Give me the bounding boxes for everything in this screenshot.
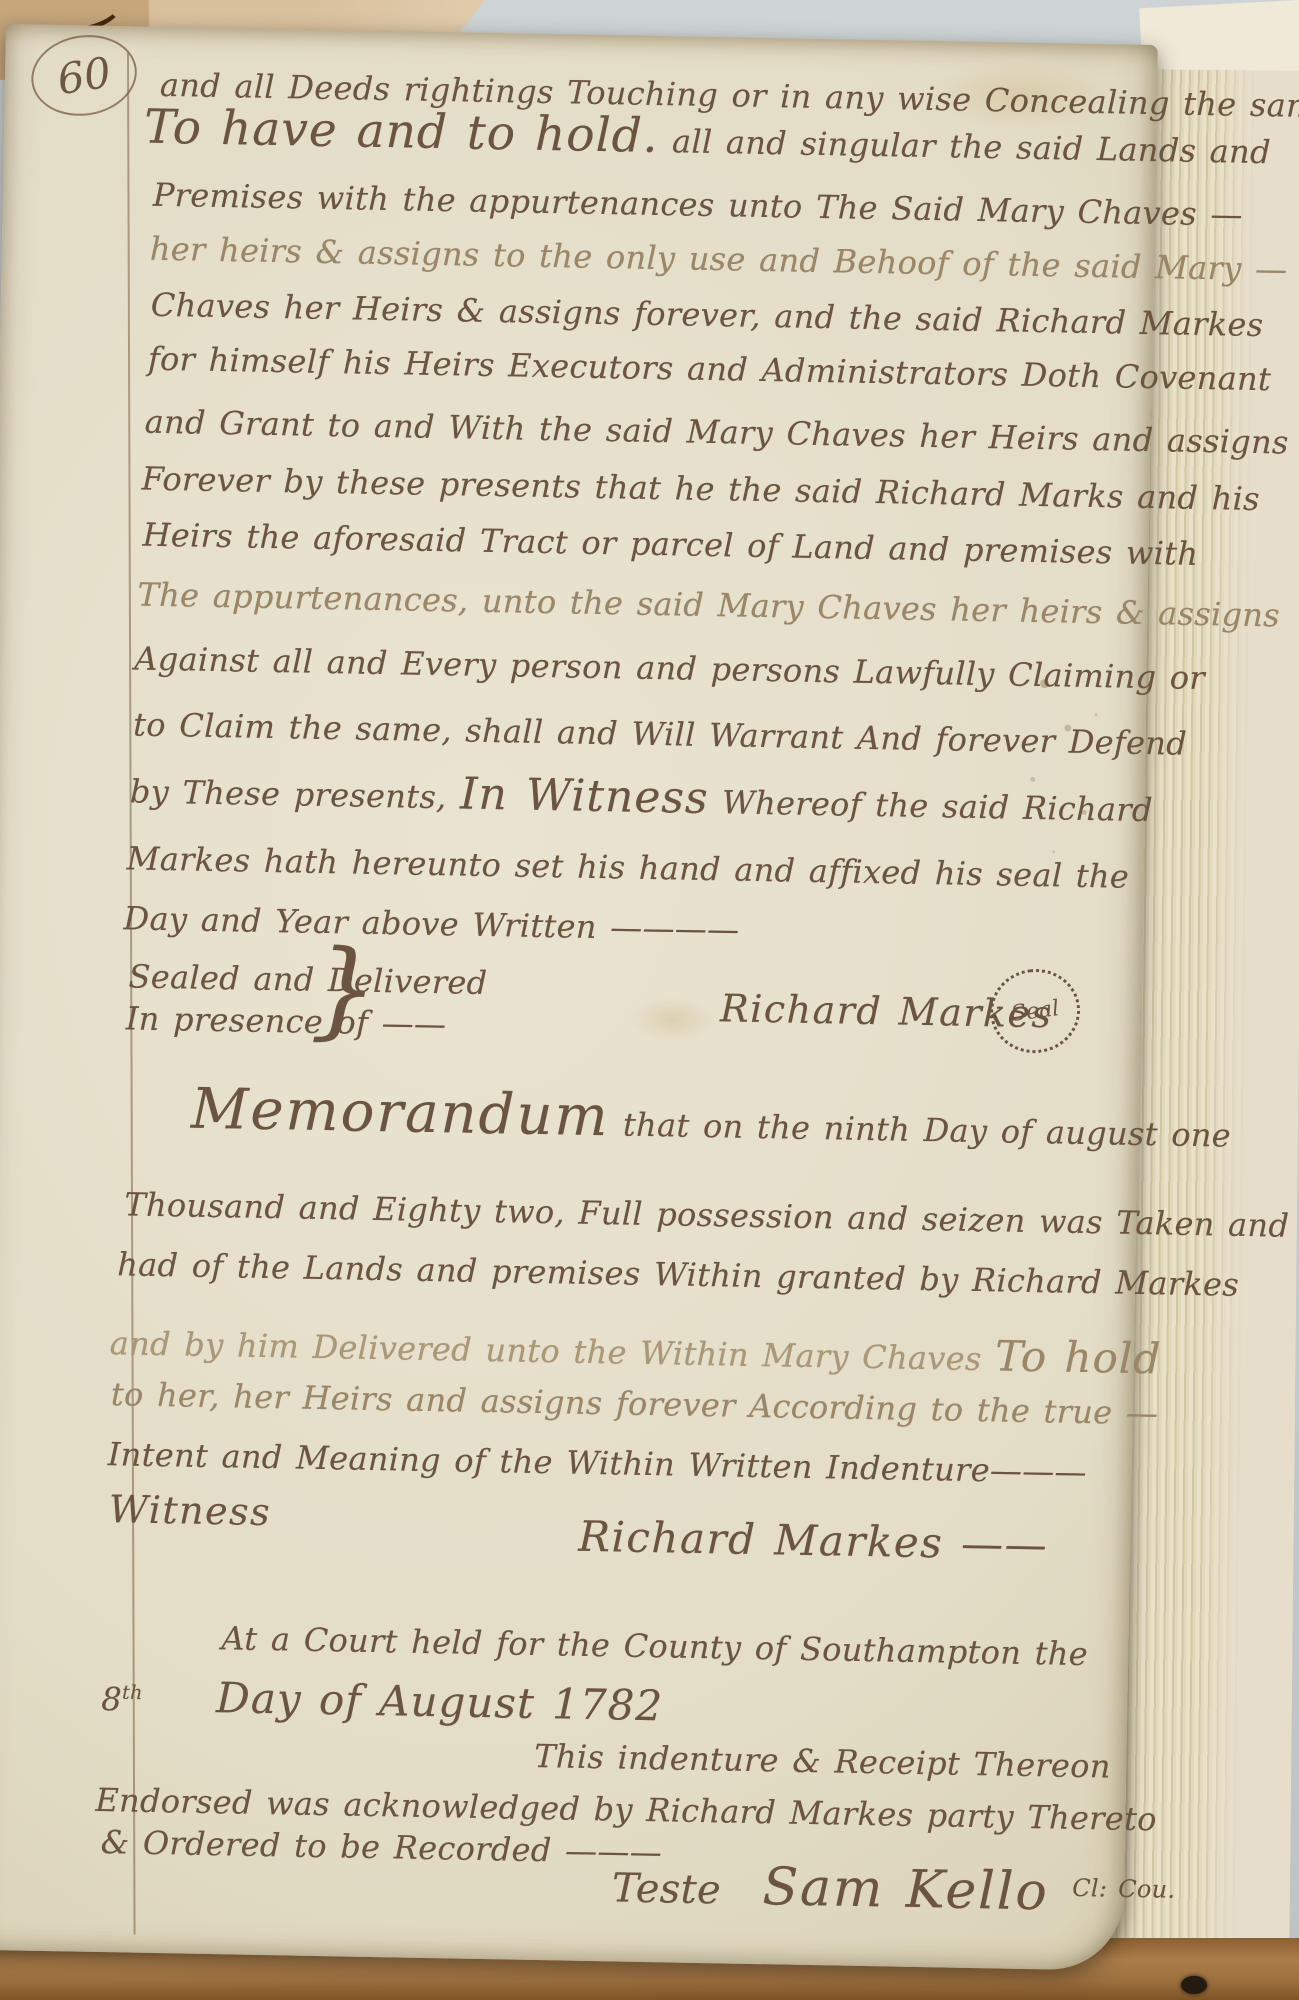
court-record-line: This indenture & Receipt Thereon [534,1738,1111,1785]
deed-line: for himself his Heirs Executors and Admi… [148,341,1272,398]
attestation-line: In presence of —— [125,1000,446,1043]
court-record-line: At a Court held for the County of Southa… [221,1620,1088,1673]
deed-line: Day and Year above Written ———— [123,900,739,948]
photo-of-deed-book: 60 and all Deeds rightings Touching or i… [0,0,1299,2000]
witness-label: Witness [108,1488,271,1535]
memorandum-line: Intent and Meaning of the Within Written… [107,1436,1087,1491]
clerk-signature: Sam Kello [762,1857,1049,1922]
memorandum-heading-line: Memorandum that on the ninth Day of augu… [191,1078,1232,1161]
deed-line: her heirs & assigns to the only use and … [150,231,1288,289]
deed-line-part: by These presents, [130,772,447,816]
deed-line-continuation: all and singular the said Lands and [672,122,1271,171]
court-day-number: 8 [101,1680,122,1718]
court-date: Day of August 1782 [216,1673,664,1730]
habendum-clause: To have and to hold. [144,100,660,164]
memorandum-line-part: and by him Delivered unto the Within Mar… [109,1324,982,1378]
deed-line: Heirs the aforesaid Tract or parcel of L… [142,517,1198,573]
to-hold-clause: To hold [995,1331,1162,1383]
deed-line: Against all and Every person and persons… [134,640,1205,696]
stain [627,996,718,1044]
deed-witness-clause-line: by These presents, In Witness Whereof th… [130,763,1154,832]
deed-line: and Grant to and With the said Mary Chav… [144,404,1289,462]
wood-knot [1181,1976,1207,1994]
seal-label: Seal [1010,996,1061,1027]
memorandum-line: and by him Delivered unto the Within Mar… [109,1316,1161,1384]
court-record-line: & Ordered to be Recorded ——— [100,1824,662,1871]
clerk-attestation-line: Teste Sam Kello Cl: Cou. [611,1855,1175,1925]
signature-richard-markes: Richard Markes —— [578,1513,1049,1570]
deed-line: Premises with the appurtenances unto The… [153,177,1243,234]
teste-label: Teste [612,1865,722,1913]
memorandum-line: to her, her Heirs and assigns forever Ac… [111,1376,1159,1432]
memorandum-line-part: that on the ninth Day of august one [623,1105,1232,1154]
court-day-suffix: th [122,1681,143,1704]
memorandum-heading: Memorandum [191,1077,611,1150]
deed-line: Forever by these presents that he the sa… [141,461,1260,518]
clerk-title: Cl: Cou. [1072,1874,1176,1904]
deed-line-part: Whereof the said Richard [722,783,1153,829]
deed-line: to Claim the same, shall and Will Warran… [133,706,1188,762]
court-date-line: 8th Day of August 1782 [101,1672,664,1731]
page-number: 60 [25,28,142,124]
attestation-line: Sealed and Delivered [128,958,488,1001]
memorandum-line: had of the Lands and premises Within gra… [117,1246,1239,1303]
deed-line: The appurtenances, unto the said Mary Ch… [137,577,1280,635]
attestation-brace: } [309,936,379,1043]
hand-drawn-seal: Seal [985,964,1085,1058]
deed-line: Chaves her Heirs & assigns forever, and … [151,287,1264,344]
page-number-value: 60 [54,47,114,104]
deed-book-page: 60 and all Deeds rightings Touching or i… [0,24,1158,1971]
deed-line: Markes hath hereunto set his hand and af… [126,840,1129,895]
memorandum-line: Thousand and Eighty two, Full possession… [124,1186,1289,1244]
in-witness-clause: In Witness [460,768,709,824]
